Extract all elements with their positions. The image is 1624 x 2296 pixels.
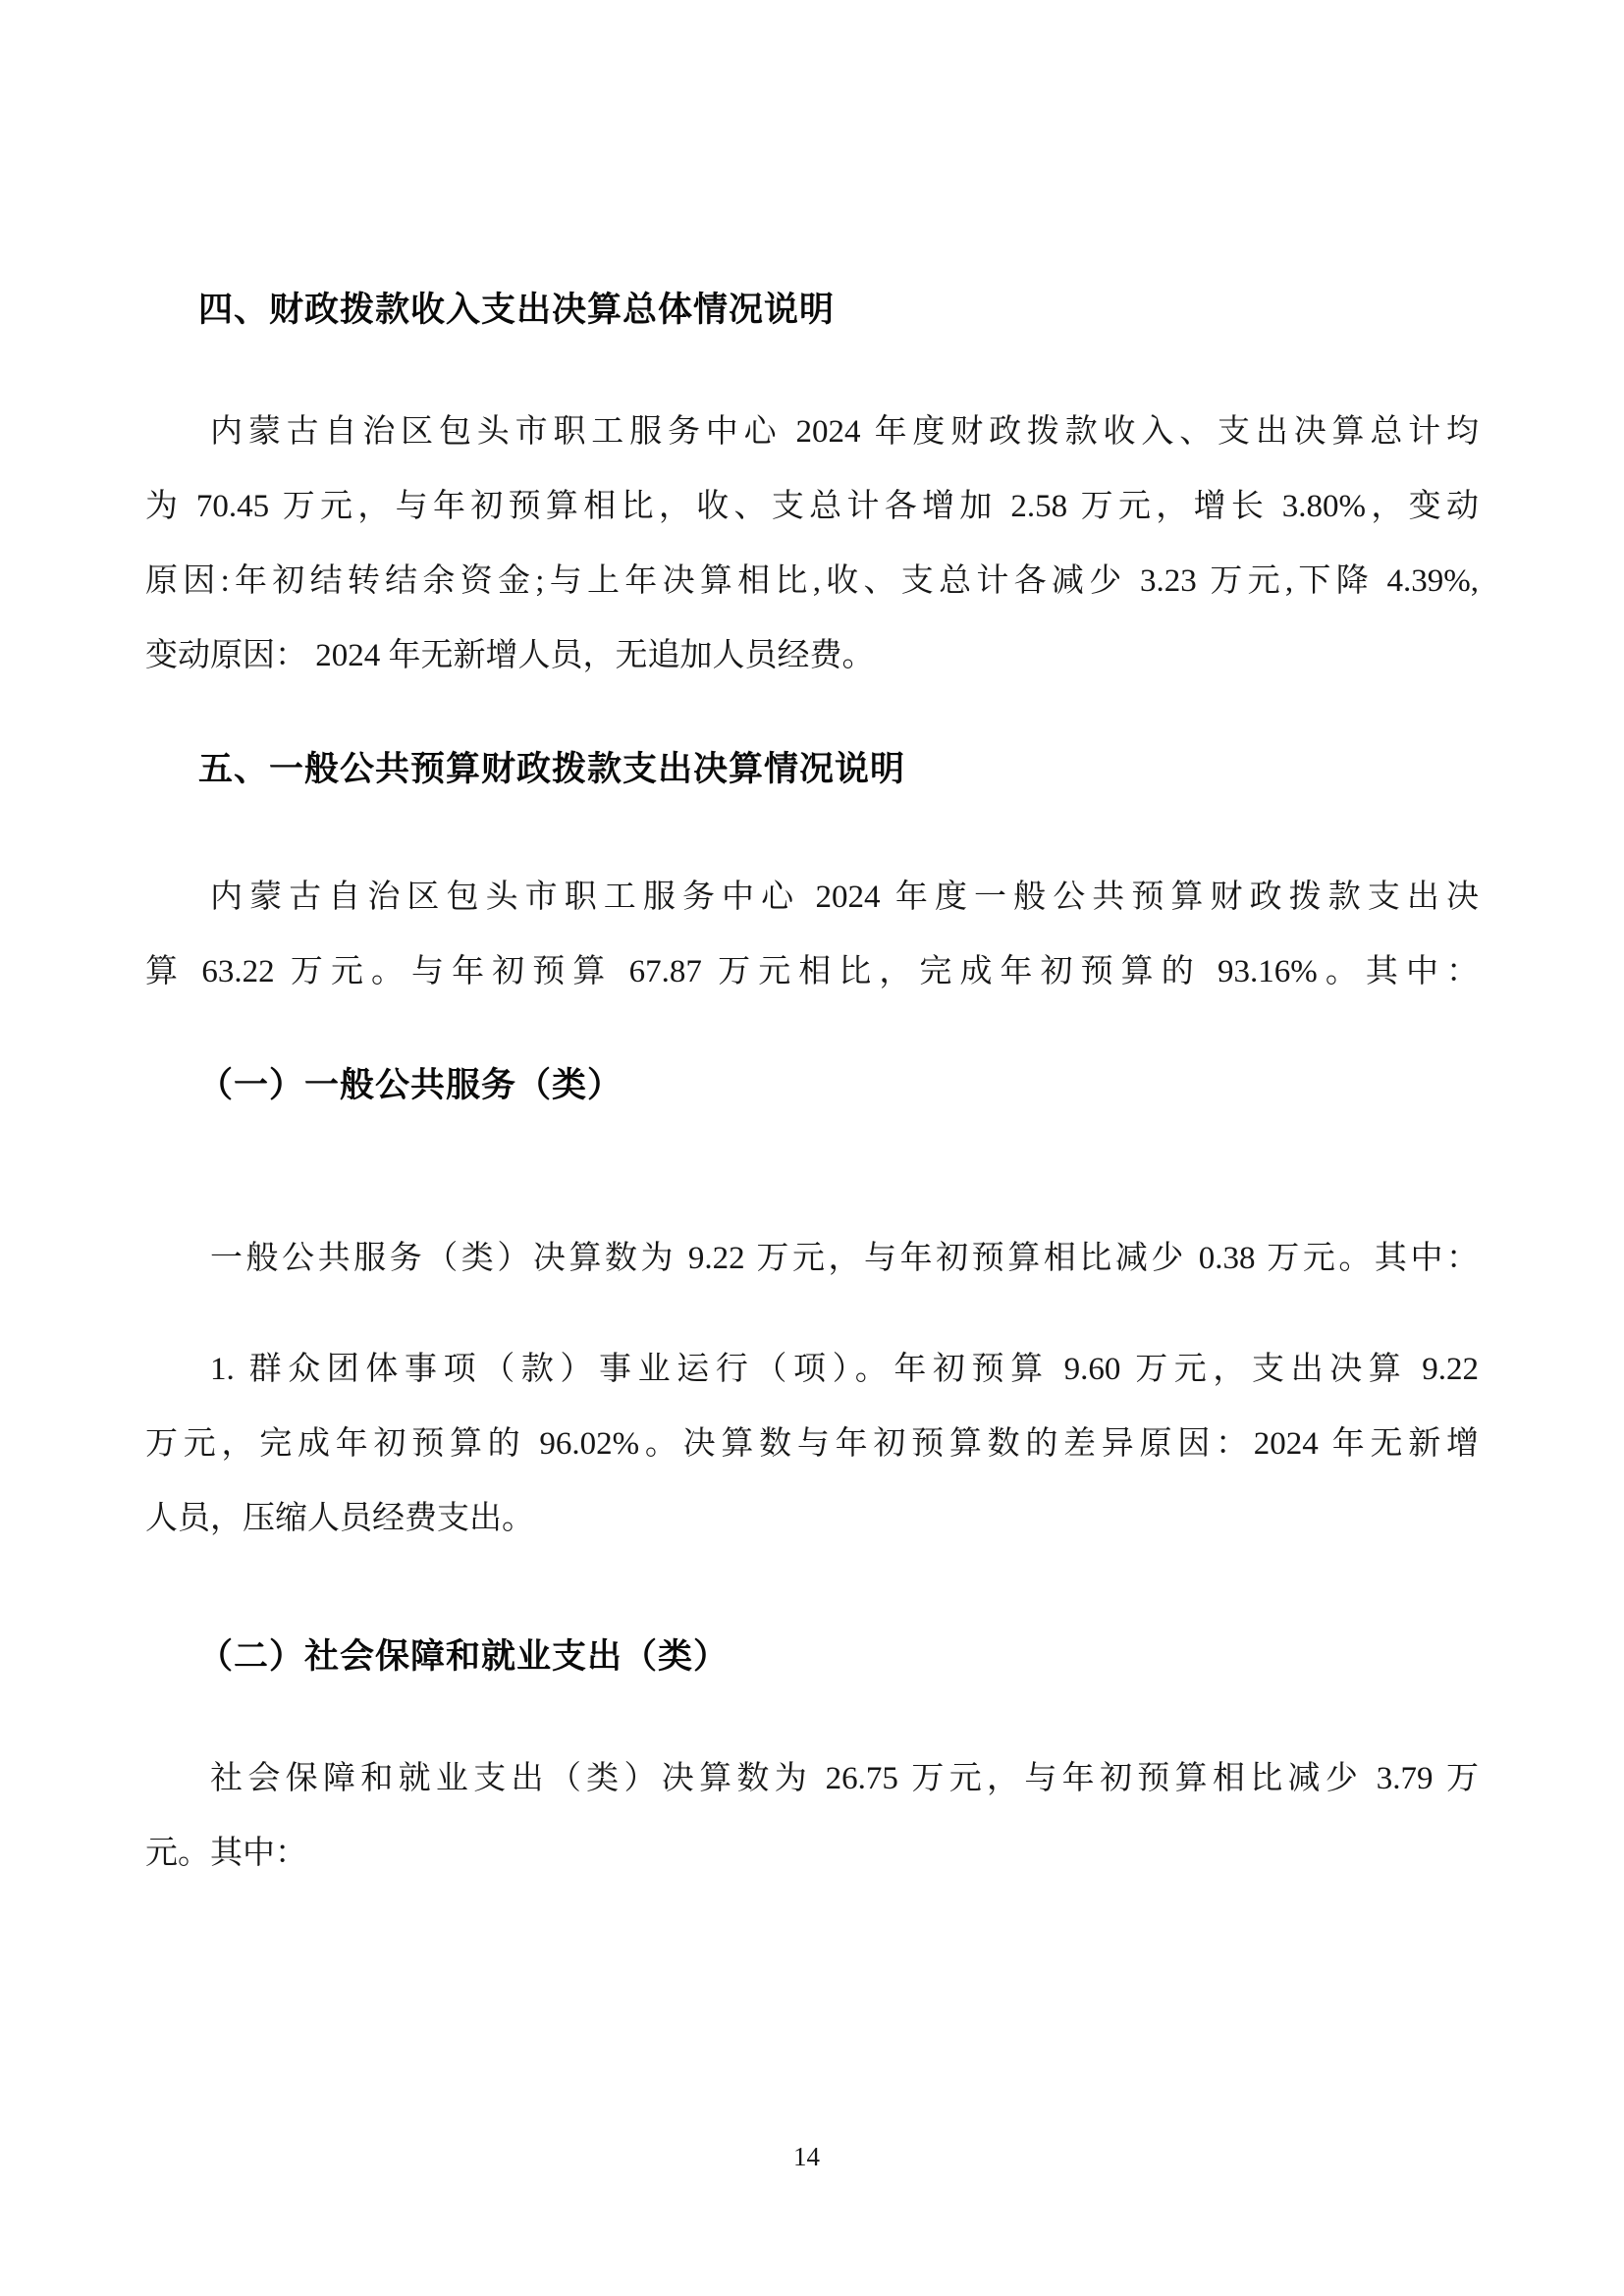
text-line: 内蒙古自治区包头市职工服务中心 2024 年度一般公共预算财政拨款支出决 (145, 860, 1479, 934)
text-line: 算 63.22 万元。与年初预算 67.87 万元相比，完成年初预算的 93.1… (145, 934, 1479, 1009)
page-number: 14 (0, 2142, 1613, 2171)
text-line: 元。其中： (145, 1816, 1479, 1891)
text-line: 一般公共服务（类）决算数为 9.22 万元，与年初预算相比减少 0.38 万元。… (145, 1221, 1479, 1296)
subsection-heading-two: （二）社会保障和就业支出（类） (145, 1633, 1479, 1681)
text-line: 内蒙古自治区包头市职工服务中心 2024 年度财政拨款收入、支出决算总计均 (145, 395, 1479, 469)
text-line: 原因:年初结转结余资金;与上年决算相比,收、支总计各减少 3.23 万元,下降 … (145, 544, 1479, 618)
paragraph-social-security: 社会保障和就业支出（类）决算数为 26.75 万元，与年初预算相比减少 3.79… (145, 1741, 1479, 1891)
section-heading-four: 四、财政拨款收入支出决算总体情况说明 (145, 287, 1479, 334)
paragraph-general-budget: 内蒙古自治区包头市职工服务中心 2024 年度一般公共预算财政拨款支出决算 63… (145, 860, 1479, 1009)
section-heading-five: 五、一般公共预算财政拨款支出决算情况说明 (145, 746, 1479, 793)
paragraph-public-service: 一般公共服务（类）决算数为 9.22 万元，与年初预算相比减少 0.38 万元。… (145, 1221, 1479, 1296)
text-line: 为 70.45 万元，与年初预算相比，收、支总计各增加 2.58 万元，增长 3… (145, 469, 1479, 544)
text-line: 万元，完成年初预算的 96.02%。决算数与年初预算数的差异原因：2024 年无… (145, 1407, 1479, 1481)
document-page: 四、财政拨款收入支出决算总体情况说明 内蒙古自治区包头市职工服务中心 2024 … (0, 0, 1624, 2296)
text-line: 社会保障和就业支出（类）决算数为 26.75 万元，与年初预算相比减少 3.79… (145, 1741, 1479, 1816)
subsection-heading-one: （一）一般公共服务（类） (145, 1062, 1479, 1109)
paragraph-fiscal-overview: 内蒙古自治区包头市职工服务中心 2024 年度财政拨款收入、支出决算总计均为 7… (145, 395, 1479, 693)
text-line: 人员，压缩人员经费支出。 (145, 1481, 1479, 1556)
text-line: 1. 群众团体事项（款）事业运行（项）。年初预算 9.60 万元，支出决算 9.… (145, 1332, 1479, 1407)
text-line: 变动原因： 2024 年无新增人员，无追加人员经费。 (145, 618, 1479, 693)
paragraph-mass-org-item: 1. 群众团体事项（款）事业运行（项）。年初预算 9.60 万元，支出决算 9.… (145, 1332, 1479, 1556)
